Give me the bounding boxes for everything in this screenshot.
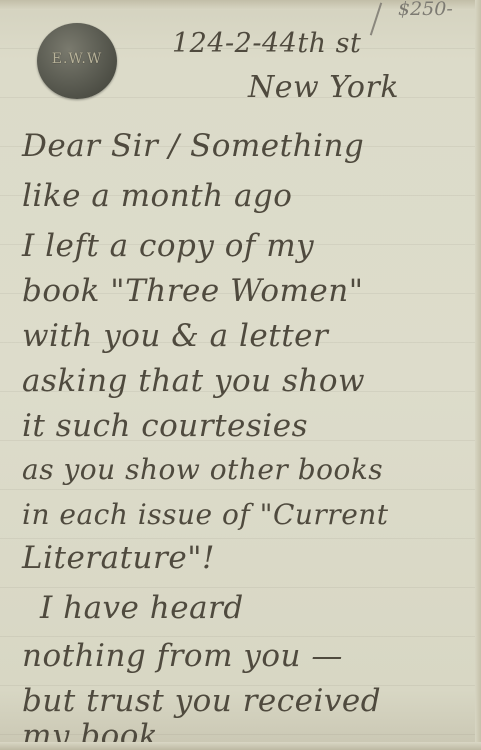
paper-edge (475, 0, 481, 750)
body-line: in each issue of "Current (22, 498, 389, 531)
body-line: I left a copy of my (22, 228, 314, 264)
wax-seal-icon: E.W.W (37, 23, 117, 99)
body-line: Dear Sir / Something (22, 128, 364, 164)
body-line: I have heard (40, 590, 244, 626)
body-line: nothing from you — (22, 638, 343, 674)
body-line: Literature"! (22, 540, 215, 576)
body-line: with you & a letter (22, 318, 328, 354)
body-line: as you show other books (22, 453, 383, 486)
body-line: book "Three Women" (22, 273, 363, 309)
body-line: like a month ago (22, 178, 292, 214)
body-line: it such courtesies (22, 408, 308, 444)
letter-city: New York (248, 70, 399, 105)
body-line: asking that you show (22, 363, 365, 399)
pencil-price-annotation: $250- (398, 0, 453, 20)
body-line: but trust you received (22, 683, 381, 719)
letter-page: $250- E.W.W 124-2-44th st New York Dear … (0, 0, 481, 750)
seal-monogram: E.W.W (37, 51, 117, 67)
body-line: my book. (22, 718, 169, 750)
letter-address: 124-2-44th st (172, 28, 361, 59)
